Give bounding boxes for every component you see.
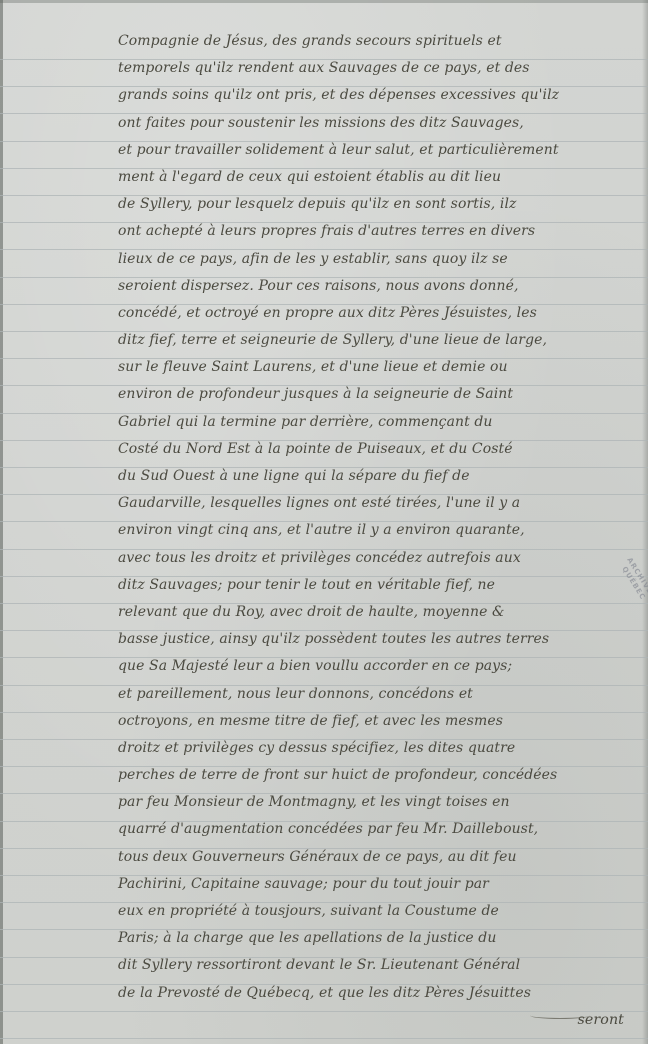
text-line: basse justice, ainsy qu'ilz possèdent to… [118, 626, 630, 653]
manuscript-page: Compagnie de Jésus, des grands secours s… [0, 0, 648, 1044]
text-line: lieux de ce pays, afin de les y establir… [118, 246, 630, 273]
text-line: relevant que du Roy, avec droit de hault… [118, 599, 630, 626]
text-line: Gabriel qui la termine par derrière, com… [118, 409, 630, 436]
text-line: et pareillement, nous leur donnons, conc… [118, 681, 630, 708]
text-line: de la Prevosté de Québecq, et que les di… [118, 980, 630, 1007]
text-line: environ vingt cinq ans, et l'autre il y … [118, 517, 630, 544]
text-line: grands soins qu'ilz ont pris, et des dép… [118, 82, 630, 109]
text-line: du Sud Ouest à une ligne qui la sépare d… [118, 463, 630, 490]
page-top-edge [0, 0, 648, 3]
catchword-flourish [530, 1012, 590, 1019]
text-line: eux en propriété à tousjours, suivant la… [118, 898, 630, 925]
text-line: Costé du Nord Est à la pointe de Puiseau… [118, 436, 630, 463]
text-line: perches de terre de front sur huict de p… [118, 762, 630, 789]
text-line: Paris; à la charge que les apellations d… [118, 925, 630, 952]
text-line: quarré d'augmentation concédées par feu … [118, 816, 630, 843]
rule-line [0, 1038, 648, 1039]
text-line: ont faites pour soustenir les missions d… [118, 110, 630, 137]
text-line: sur le fleuve Saint Laurens, et d'une li… [118, 354, 630, 381]
text-line: ment à l'egard de ceux qui estoient étab… [118, 164, 630, 191]
text-line: tous deux Gouverneurs Généraux de ce pay… [118, 844, 630, 871]
text-line: seroient dispersez. Pour ces raisons, no… [118, 273, 630, 300]
text-line: ont achepté à leurs propres frais d'autr… [118, 218, 630, 245]
text-line: avec tous les droitz et privilèges concé… [118, 545, 630, 572]
text-line: et pour travailler solidement à leur sal… [118, 137, 630, 164]
text-line: octroyons, en mesme titre de fief, et av… [118, 708, 630, 735]
text-line: par feu Monsieur de Montmagny, et les vi… [118, 789, 630, 816]
text-line: droitz et privilèges cy dessus spécifiez… [118, 735, 630, 762]
text-line: que Sa Majesté leur a bien voullu accord… [118, 653, 630, 680]
text-line: dit Syllery ressortiront devant le Sr. L… [118, 952, 630, 979]
text-line: concédé, et octroyé en propre aux ditz P… [118, 300, 630, 327]
text-line: Compagnie de Jésus, des grands secours s… [118, 28, 630, 55]
handwritten-text-body: Compagnie de Jésus, des grands secours s… [118, 28, 638, 1034]
text-line: environ de profondeur jusques à la seign… [118, 381, 630, 408]
text-line: ditz Sauvages; pour tenir le tout en vér… [118, 572, 630, 599]
text-line: de Syllery, pour lesquelz depuis qu'ilz … [118, 191, 630, 218]
text-line: Pachirini, Capitaine sauvage; pour du to… [118, 871, 630, 898]
text-line: ditz fief, terre et seigneurie de Syller… [118, 327, 630, 354]
text-line: temporels qu'ilz rendent aux Sauvages de… [118, 55, 630, 82]
page-right-edge [642, 0, 648, 1044]
catchword: seront [118, 1007, 638, 1034]
page-left-edge [0, 0, 3, 1044]
text-line: Gaudarville, lesquelles lignes ont esté … [118, 490, 630, 517]
